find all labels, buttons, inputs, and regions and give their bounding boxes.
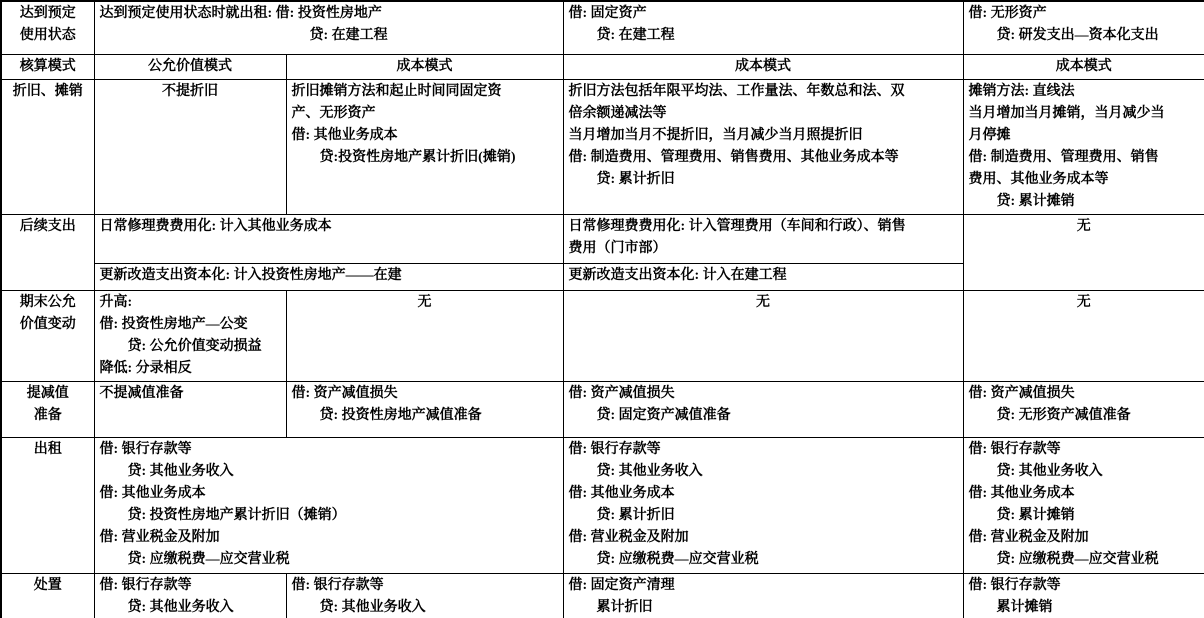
cell-disposal-intangible: 借: 银行存款等 累计摊销 (963, 574, 1204, 618)
text-line: 借: 银行存款等 (569, 439, 958, 461)
text-line: 贷: 应缴税费—应交营业税 (100, 549, 558, 571)
text-line: 贷: 其他业务收入 (292, 597, 558, 618)
cell-leasing-investment: 借: 银行存款等 贷: 其他业务收入借: 其他业务成本 贷: 投资性房地产累计折… (94, 438, 563, 574)
text-line: 借: 银行存款等 (100, 439, 558, 461)
text-line: 借: 银行存款等 (969, 439, 1200, 461)
text-line: 贷: 其他业务收入 (569, 461, 958, 483)
row-depreciation-amortization: 折旧、摊销 不提折旧 折旧摊销方法和起止时间同固定资产、无形资产借: 其他业务成… (1, 80, 1204, 215)
cell-mode-cost-fixed: 成本模式 (563, 55, 963, 80)
text-line: 贷: 应缴税费—应交营业税 (569, 549, 958, 571)
cell-mode-fair-value: 公允价值模式 (94, 55, 286, 80)
text-line: 贷: 应缴税费—应交营业税 (969, 549, 1200, 571)
text-line: 借: 银行存款等 (292, 575, 558, 597)
text-line: 期末公允 (7, 292, 89, 314)
row-leasing: 出租 借: 银行存款等 贷: 其他业务收入借: 其他业务成本 贷: 投资性房地产… (1, 438, 1204, 574)
text-line: 借: 银行存款等 (100, 575, 281, 597)
row-header-disposal: 处置 (1, 574, 94, 618)
cell-subsequent-intangible-none: 无 (963, 215, 1204, 291)
text-line: 提减值 (7, 383, 89, 405)
text-line: 升高: (100, 292, 281, 314)
text-line: 借: 制造费用、管理费用、销售 (969, 147, 1200, 169)
text-line: 达到预定 (7, 3, 89, 25)
text-line: 贷: 其他业务收入 (969, 461, 1200, 483)
row-disposal: 处置 借: 银行存款等 贷: 其他业务收入 借: 银行存款等 贷: 其他业务收入… (1, 574, 1204, 618)
text-line: 达到预定使用状态时就出租: 借: 投资性房地产 (100, 3, 558, 25)
cell-renovation-capitalized-fixed: 更新改造支出资本化: 计入在建工程 (563, 264, 963, 291)
text-line: 贷: 在建工程 (569, 25, 958, 47)
row-ready-for-use: 达到预定使用状态 达到预定使用状态时就出租: 借: 投资性房地产 贷: 在建工程… (1, 1, 1204, 55)
cell-depreciation-cost-investment: 折旧摊销方法和起止时间同固定资产、无形资产借: 其他业务成本 贷:投资性房地产累… (286, 80, 563, 215)
text-line: 贷: 无形资产减值准备 (969, 405, 1200, 427)
text-line: 费用（门市部） (569, 238, 958, 260)
text-line: 贷: 其他业务收入 (100, 461, 558, 483)
cell-fair-value-change-none-3: 无 (963, 291, 1204, 382)
text-line: 摊销方法: 直线法 (969, 81, 1200, 103)
row-header-ready-for-use: 达到预定使用状态 (1, 1, 94, 55)
text-line: 借: 其他业务成本 (969, 483, 1200, 505)
text-line: 当月增加当月不提折旧，当月减少当月照提折旧 (569, 125, 958, 147)
cell-leasing-intangible: 借: 银行存款等 贷: 其他业务收入借: 其他业务成本 贷: 累计摊销借: 营业… (963, 438, 1204, 574)
cell-impairment-fixed: 借: 资产减值损失 贷: 固定资产减值准备 (563, 382, 963, 438)
cell-ready-investment-property: 达到预定使用状态时就出租: 借: 投资性房地产 贷: 在建工程 (94, 1, 563, 55)
cell-impairment-intangible: 借: 资产减值损失 贷: 无形资产减值准备 (963, 382, 1204, 438)
cell-renovation-capitalized-investment: 更新改造支出资本化: 计入投资性房地产——在建 (94, 264, 563, 291)
cell-ready-intangible-asset: 借: 无形资产 贷: 研发支出—资本化支出 (963, 1, 1204, 55)
text-line: 贷: 公允价值变动损益 (100, 336, 281, 358)
text-line: 准备 (7, 405, 89, 427)
text-line: 贷: 累计折旧 (569, 169, 958, 191)
text-line: 产、无形资产 (292, 103, 558, 125)
text-line: 贷: 投资性房地产累计折旧（摊销） (100, 505, 558, 527)
cell-depreciation-fair-value: 不提折旧 (94, 80, 286, 215)
text-line: 借: 资产减值损失 (292, 383, 558, 405)
text-line: 折旧方法包括年限平均法、工作量法、年数总和法、双 (569, 81, 958, 103)
text-line: 使用状态 (7, 25, 89, 47)
text-line: 贷: 在建工程 (100, 25, 558, 47)
cell-mode-cost-intangible: 成本模式 (963, 55, 1204, 80)
row-fair-value-change: 期末公允价值变动 升高:借: 投资性房地产—公变 贷: 公允价值变动损益降低: … (1, 291, 1204, 382)
cell-fair-value-change-none-2: 无 (563, 291, 963, 382)
text-line: 折旧摊销方法和起止时间同固定资 (292, 81, 558, 103)
text-line: 借: 其他业务成本 (569, 483, 958, 505)
row-header-subsequent-expenditure: 后续支出 (1, 215, 94, 291)
text-line: 日常修理费费用化: 计入管理费用（车间和行政）、销售 (569, 216, 958, 238)
text-line: 贷: 累计摊销 (969, 191, 1200, 213)
cell-leasing-fixed: 借: 银行存款等 贷: 其他业务收入借: 其他业务成本 贷: 累计折旧借: 营业… (563, 438, 963, 574)
text-line: 贷:投资性房地产累计折旧(摊销) (292, 147, 558, 169)
text-line: 借: 其他业务成本 (292, 125, 558, 147)
cell-repair-expense-fixed: 日常修理费费用化: 计入管理费用（车间和行政）、销售费用（门市部） (563, 215, 963, 264)
row-header-impairment: 提减值准备 (1, 382, 94, 438)
text-line: 贷: 投资性房地产减值准备 (292, 405, 558, 427)
cell-amortization-intangible: 摊销方法: 直线法当月增加当月摊销，当月减少当月停摊借: 制造费用、管理费用、销… (963, 80, 1204, 215)
cell-depreciation-fixed: 折旧方法包括年限平均法、工作量法、年数总和法、双倍余额递减法等当月增加当月不提折… (563, 80, 963, 215)
cell-impairment-cost-investment: 借: 资产减值损失 贷: 投资性房地产减值准备 (286, 382, 563, 438)
text-line: 贷: 研发支出—资本化支出 (969, 25, 1200, 47)
text-line: 倍余额递减法等 (569, 103, 958, 125)
text-line: 借: 营业税金及附加 (969, 527, 1200, 549)
cell-impairment-fair-value: 不提减值准备 (94, 382, 286, 438)
cell-disposal-fair-value: 借: 银行存款等 贷: 其他业务收入 (94, 574, 286, 618)
text-line: 累计折旧 (569, 597, 958, 618)
text-line: 借: 固定资产 (569, 3, 958, 25)
text-line: 贷: 其他业务收入 (100, 597, 281, 618)
cell-disposal-fixed: 借: 固定资产清理 累计折旧 (563, 574, 963, 618)
text-line: 借: 固定资产清理 (569, 575, 958, 597)
accounting-comparison-table: 达到预定使用状态 达到预定使用状态时就出租: 借: 投资性房地产 贷: 在建工程… (0, 0, 1204, 618)
text-line: 贷: 累计折旧 (569, 505, 958, 527)
cell-mode-cost-investment: 成本模式 (286, 55, 563, 80)
text-line: 当月增加当月摊销，当月减少当 (969, 103, 1200, 125)
text-line: 借: 其他业务成本 (100, 483, 558, 505)
text-line: 借: 营业税金及附加 (569, 527, 958, 549)
text-line: 借: 营业税金及附加 (100, 527, 558, 549)
cell-disposal-cost-investment: 借: 银行存款等 贷: 其他业务收入 (286, 574, 563, 618)
row-subsequent-expenditure-1: 后续支出 日常修理费费用化: 计入其他业务成本 日常修理费费用化: 计入管理费用… (1, 215, 1204, 264)
text-line: 月停摊 (969, 125, 1200, 147)
text-line: 借: 制造费用、管理费用、销售费用、其他业务成本等 (569, 147, 958, 169)
text-line: 借: 资产减值损失 (969, 383, 1200, 405)
cell-fair-value-change-entries: 升高:借: 投资性房地产—公变 贷: 公允价值变动损益降低: 分录相反 (94, 291, 286, 382)
row-header-fair-value-change: 期末公允价值变动 (1, 291, 94, 382)
row-header-leasing: 出租 (1, 438, 94, 574)
text-line: 贷: 累计摊销 (969, 505, 1200, 527)
text-line: 贷: 固定资产减值准备 (569, 405, 958, 427)
text-line: 累计摊销 (969, 597, 1200, 618)
text-line: 借: 无形资产 (969, 3, 1200, 25)
cell-fair-value-change-none-1: 无 (286, 291, 563, 382)
cell-repair-expense-investment: 日常修理费费用化: 计入其他业务成本 (94, 215, 563, 264)
text-line: 降低: 分录相反 (100, 358, 281, 380)
row-header-accounting-mode: 核算模式 (1, 55, 94, 80)
row-header-depreciation: 折旧、摊销 (1, 80, 94, 215)
text-line: 借: 银行存款等 (969, 575, 1200, 597)
document-page: 达到预定使用状态 达到预定使用状态时就出租: 借: 投资性房地产 贷: 在建工程… (0, 0, 1204, 618)
text-line: 价值变动 (7, 314, 89, 336)
row-accounting-mode: 核算模式 公允价值模式 成本模式 成本模式 成本模式 (1, 55, 1204, 80)
text-line: 借: 资产减值损失 (569, 383, 958, 405)
row-impairment-provision: 提减值准备 不提减值准备 借: 资产减值损失 贷: 投资性房地产减值准备 借: … (1, 382, 1204, 438)
text-line: 费用、其他业务成本等 (969, 169, 1200, 191)
text-line: 借: 投资性房地产—公变 (100, 314, 281, 336)
cell-ready-fixed-asset: 借: 固定资产 贷: 在建工程 (563, 1, 963, 55)
